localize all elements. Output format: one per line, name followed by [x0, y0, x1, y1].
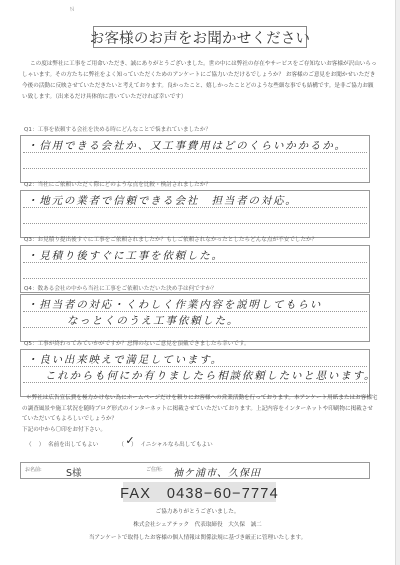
question-label: Q3：お見積り提出後すぐに工事をご依頼されましたか？もしご依頼されなかったとした… — [20, 236, 370, 245]
check-mark-icon: ✓ — [125, 434, 134, 447]
question-1: Q1：工事を依頼する会社を決める時にどんなことで悩まれていましたか？ ・信用でき… — [20, 126, 370, 183]
checkbox-paren[interactable]: （ ） — [26, 440, 48, 448]
footer-company: 株式会社シェアテック 代表取締役 大久保 誠二 — [0, 520, 395, 528]
checkbox-paren[interactable]: （✓ ） — [118, 440, 140, 448]
ruled-line — [23, 278, 367, 279]
handwritten-answer-line1: ・地元の業者で信頼できる会社 担当者の対応。 — [27, 193, 298, 208]
question-2: Q2：当社にご依頼いただく際にどのような点を比較・検討されましたか？ ・地元の業… — [20, 181, 370, 238]
publication-notice: ＊弊社は広告宣伝費を極力かけない為にホームページだけを頼りにお客様への営業活動を… — [22, 393, 378, 435]
question-label: Q2：当社にご依頼いただく際にどのような点を比較・検討されましたか？ — [20, 181, 370, 190]
question-label: Q5：工事が終わってみていかがですか？忌憚のないご意見を頂戴できましたら幸いです… — [20, 340, 370, 349]
question-4: Q4：数ある会社の中から当社に工事をご依頼いただいた決め手は何ですか？ ・担当者… — [20, 285, 370, 342]
intro-paragraph: この度は弊社に工事をご用命いただき、誠にありがとうございました。世の中には弊社の… — [22, 59, 378, 103]
choice-initials-ok[interactable]: （✓ ） イニシャルなら出してもよい — [118, 440, 212, 448]
page-title-box: お客様のお声をお聞かせください — [93, 26, 307, 48]
handwritten-answer-line1: ・見積り後すぐに工事を依頼した。 — [27, 248, 224, 263]
footer-thanks: ご協力ありがとうございました。 — [0, 507, 395, 515]
footer-privacy: 当アンケートで取得したお客様の個人情報は関係法規に基づき厳正に管理いたします。 — [0, 533, 395, 541]
answer-box[interactable]: ・信用できる会社か、又工事費用はどのくらいかかるか。 — [20, 135, 370, 183]
address-field[interactable]: 袖ケ浦市、久保田 — [173, 464, 261, 479]
notice-text: ＊弊社は広告宣伝費を極力かけない為にホームページだけを頼りにお客様への営業活動を… — [22, 393, 378, 425]
survey-page: N お客様のお声をお聞かせください この度は弊社に工事をご用命いただき、誠にあり… — [0, 0, 395, 565]
ruled-line — [23, 223, 367, 224]
fax-number: FAX 0438−60−7774 — [123, 482, 276, 502]
answer-box[interactable]: ・地元の業者で信頼できる会社 担当者の対応。 — [20, 190, 370, 238]
intro-text: この度は弊社に工事をご用命いただき、誠にありがとうございました。世の中には弊社の… — [22, 59, 378, 103]
ruled-line — [23, 168, 367, 169]
address-label: ご住所: — [146, 466, 163, 473]
publication-choices: （ ） 名前を出してもよい （✓ ） イニシャルなら出してもよい — [26, 440, 213, 448]
notice-instruction: 下記の中から〇印をお付下さい。 — [22, 425, 378, 436]
question-label: Q4：数ある会社の中から当社に工事をご依頼いただいた決め手は何ですか？ — [20, 285, 370, 294]
page-edge — [395, 0, 400, 565]
customer-info-box: お名前: S様 ご住所: 袖ケ浦市、久保田 — [20, 462, 370, 479]
choice-name-ok[interactable]: （ ） 名前を出してもよい — [26, 440, 98, 448]
choice-label: イニシャルなら出してもよい — [140, 440, 212, 448]
name-label: お名前: — [25, 466, 42, 473]
handwritten-answer-line1: ・信用できる会社か、又工事費用はどのくらいかかるか。 — [27, 138, 347, 153]
page-title: お客様のお声をお聞かせください — [90, 27, 311, 48]
name-field[interactable]: S様 — [66, 465, 82, 479]
handwritten-answer-line2: なっとくのうえ工事依頼した。 — [67, 313, 239, 328]
handwritten-answer-line1: ・良い出来映えで満足しています。 — [27, 352, 223, 367]
choice-label: 名前を出してもよい — [48, 440, 98, 448]
answer-box[interactable]: ・担当者の対応・くわしく作業内容を説明してもらい なっとくのうえ工事依頼した。 — [20, 294, 370, 342]
question-5: Q5：工事が終わってみていかがですか？忌憚のないご意見を頂戴できましたら幸いです… — [20, 340, 370, 397]
question-label: Q1：工事を依頼する会社を決める時にどんなことで悩まれていましたか？ — [20, 126, 370, 135]
handwritten-answer-line2: これからも何にか有りましたら相談依頼したいと思います。 — [45, 368, 376, 383]
handwritten-answer-line1: ・担当者の対応・くわしく作業内容を説明してもらい — [27, 297, 322, 312]
answer-box[interactable]: ・良い出来映えで満足しています。 これからも何にか有りましたら相談依頼したいと思… — [20, 349, 370, 397]
corner-mark: N — [69, 6, 75, 14]
